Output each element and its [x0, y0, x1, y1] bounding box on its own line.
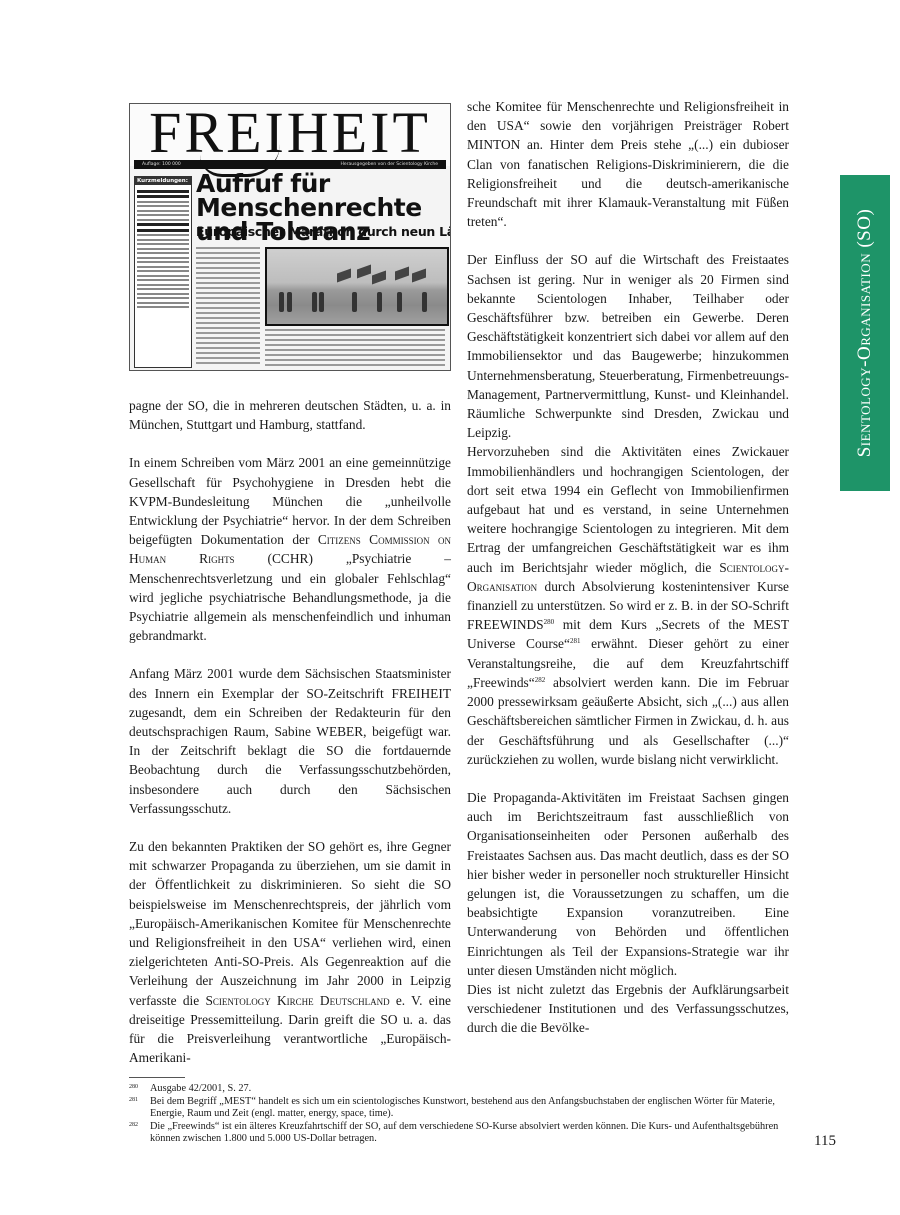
footnote-number: 282 — [129, 1119, 138, 1132]
footnote-text: Bei dem Begriff „MEST“ handelt es sich u… — [150, 1096, 775, 1120]
footnote-280: 280 Ausgabe 42/2001, S. 27. — [129, 1083, 794, 1096]
footnote-ref[interactable]: 280 — [544, 618, 555, 626]
newspaper-clipping-image: FREIHEIT Auflage: 100 000 Herausgegeben … — [129, 103, 451, 371]
chapter-side-tab: Sientology-Organisation (SO) — [840, 175, 890, 491]
footnote-text: Ausgabe 42/2001, S. 27. — [150, 1083, 251, 1094]
footnotes: 280 Ausgabe 42/2001, S. 27. 281 Bei dem … — [129, 1083, 794, 1146]
footnote-number: 281 — [129, 1094, 138, 1107]
footnote-281: 281 Bei dem Begriff „MEST“ handelt es si… — [129, 1096, 794, 1121]
left-column: pagne der SO, die in mehreren deutschen … — [129, 396, 451, 1068]
paragraph: In einem Schreiben vom März 2001 an eine… — [129, 453, 451, 645]
news-photo-runners-with-flags — [265, 247, 449, 326]
news-caption-lines — [265, 326, 445, 369]
news-body-text — [196, 244, 260, 367]
chapter-tab-label: Sientology-Organisation (SO) — [854, 209, 876, 458]
right-column: sche Komitee für Menschenrechte und Reli… — [467, 97, 789, 1038]
footnote-ref[interactable]: 282 — [535, 676, 546, 684]
footnote-ref[interactable]: 281 — [570, 637, 581, 645]
footnote-282: 282 Die „Freewinds“ ist ein älteres Kreu… — [129, 1121, 794, 1146]
paragraph: pagne der SO, die in mehreren deutschen … — [129, 396, 451, 434]
page-number: 115 — [814, 1133, 836, 1150]
paragraph: Anfang März 2001 wurde dem Sächsischen S… — [129, 664, 451, 818]
masthead-bar: Auflage: 100 000 Herausgegeben von der S… — [134, 160, 446, 169]
footnote-text: Die „Freewinds“ ist ein älteres Kreuzfah… — [150, 1121, 778, 1145]
sidebar-text-lines — [135, 185, 191, 313]
paragraph: Der Einfluss der SO auf die Wirtschaft d… — [467, 250, 789, 442]
paragraph: sche Komitee für Menschenrechte und Reli… — [467, 97, 789, 231]
edition-right: Herausgegeben von der Scientology Kirche — [341, 160, 438, 169]
news-subheadline: Europäischer Marathon durch neun Länder — [196, 224, 448, 239]
footnote-divider — [129, 1077, 185, 1078]
footnote-number: 280 — [129, 1081, 138, 1094]
masthead: FREIHEIT Auflage: 100 000 Herausgegeben … — [130, 104, 450, 166]
paragraph: Dies ist nicht zuletzt das Ergebnis der … — [467, 980, 789, 1038]
masthead-title: FREIHEIT — [130, 103, 450, 164]
paragraph: Hervorzuheben sind die Aktivitäten eines… — [467, 442, 789, 768]
paragraph: Zu den bekannten Praktiken der SO gehört… — [129, 837, 451, 1067]
sidebar-heading: Kurzmeldungen: — [135, 177, 191, 185]
edition-left: Auflage: 100 000 — [142, 160, 181, 169]
paragraph: Die Propaganda-Aktivitäten im Freistaat … — [467, 788, 789, 980]
organization-name: Scientology Kirche Deutschland — [205, 993, 389, 1008]
news-sidebar: Kurzmeldungen: — [134, 176, 192, 368]
